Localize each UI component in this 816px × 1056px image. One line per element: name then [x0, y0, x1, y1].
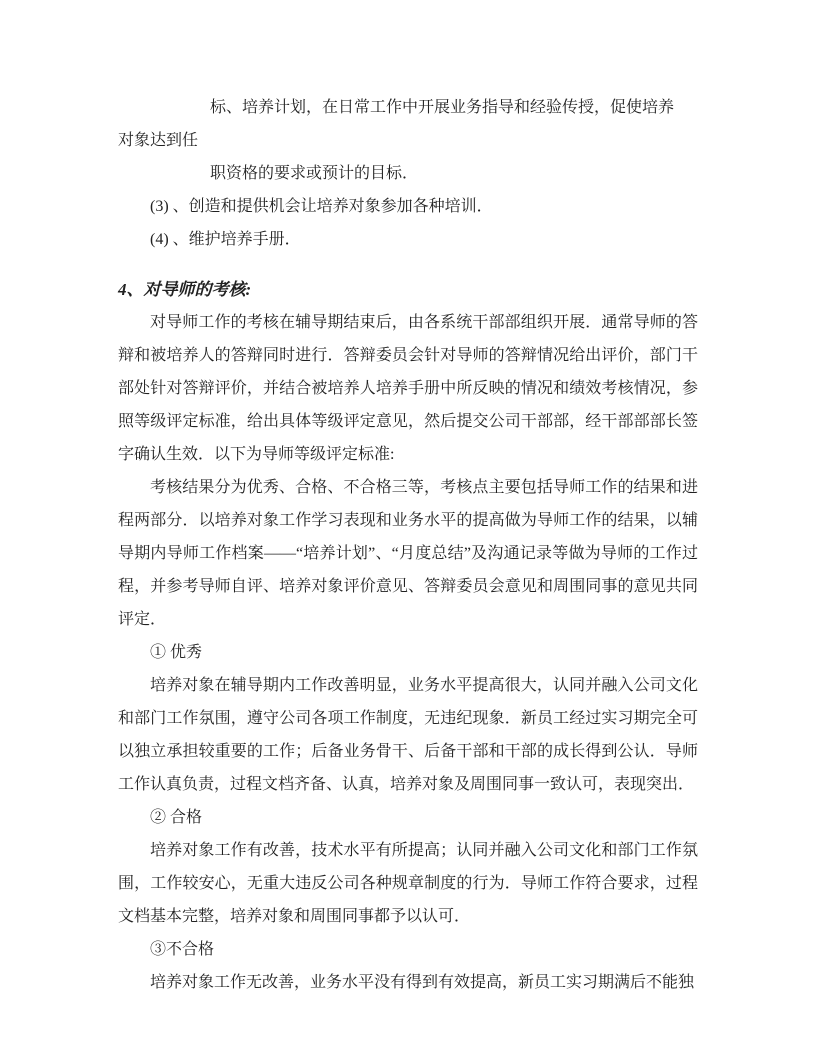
list-item-4: (4) 、维护培养手册．	[150, 223, 698, 256]
grade-label-qualified: ② 合格	[118, 801, 698, 834]
section-heading-mentor-assessment: 4、对导师的考核:	[118, 273, 698, 306]
paragraph-assessment-overview: 对导师工作的考核在辅导期结束后，由各系统干部部组织开展．通常导师的答辩和被培养人…	[118, 306, 698, 471]
grade-label-unqualified: ③不合格	[118, 933, 698, 966]
list-item-3: (3) 、创造和提供机会让培养对象参加各种培训．	[150, 190, 698, 223]
continuation-line-3: 职资格的要求或预计的目标．	[210, 157, 698, 190]
continuation-line-1: 标、培养计划，在日常工作中开展业务指导和经验传授，促使培养	[210, 91, 698, 124]
paragraph-grade-unqualified: 培养对象工作无改善，业务水平没有得到有效提高，新员工实习期满后不能独	[118, 966, 698, 999]
paragraph-grade-excellent: 培养对象在辅导期内工作改善明显，业务水平提高很大，认同并融入公司文化和部门工作氛…	[118, 669, 698, 801]
grade-label-excellent: ① 优秀	[118, 636, 698, 669]
paragraph-grade-qualified: 培养对象工作有改善，技术水平有所提高；认同并融入公司文化和部门工作氛围，工作较安…	[118, 834, 698, 933]
paragraph-assessment-criteria: 考核结果分为优秀、合格、不合格三等，考核点主要包括导师工作的结果和进程两部分．以…	[118, 471, 698, 636]
document-page: 标、培养计划，在日常工作中开展业务指导和经验传授，促使培养 对象达到任 职资格的…	[0, 0, 816, 1056]
continuation-line-2: 对象达到任	[118, 124, 698, 157]
